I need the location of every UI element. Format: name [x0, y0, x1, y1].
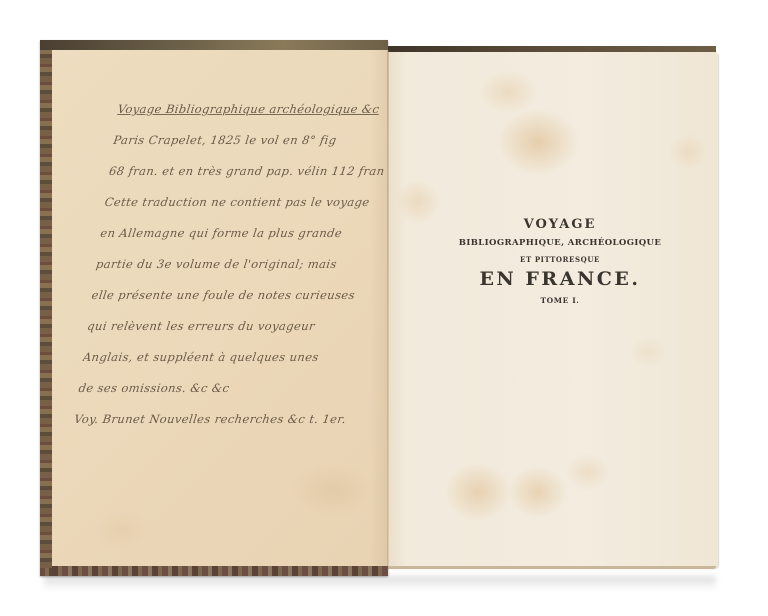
title-page: VOYAGE BIBLIOGRAPHIQUE, ARCHÉOLOGIQUE ET… — [388, 52, 718, 568]
book-shadow — [44, 576, 716, 590]
title-volume: TOME I. — [402, 296, 718, 305]
handwritten-line: Voy. Brunet Nouvelles recherches &c t. 1… — [72, 404, 366, 435]
book-gutter — [387, 50, 389, 570]
handwritten-line: Cette traduction ne contient pas le voya… — [103, 187, 397, 218]
handwritten-line: Paris Crapelet, 1825 le vol en 8° fig — [111, 125, 405, 156]
handwritten-line: de ses omissions. &c &c — [76, 373, 370, 404]
left-cover-bottom-edge — [52, 566, 388, 576]
title-pittoresque: ET PITTORESQUE — [402, 255, 718, 264]
left-cover-top-edge — [40, 40, 388, 50]
right-page-bottom-edge — [388, 566, 716, 569]
title-en-france: EN FRANCE. — [402, 268, 718, 290]
title-subtitle: BIBLIOGRAPHIQUE, ARCHÉOLOGIQUE — [402, 238, 718, 248]
handwritten-line: elle présente une foule de notes curieus… — [89, 280, 383, 311]
handwritten-line: 68 fran. et en très grand pap. vélin 112… — [107, 156, 401, 187]
handwritten-note: Voyage Bibliographique archéologique &c … — [72, 94, 410, 435]
handwritten-line: en Allemagne qui forme la plus grande — [98, 218, 392, 249]
title-block: VOYAGE BIBLIOGRAPHIQUE, ARCHÉOLOGIQUE ET… — [388, 217, 718, 305]
handwritten-line: qui relèvent les erreurs du voyageur — [85, 311, 379, 342]
left-flyleaf-page: Voyage Bibliographique archéologique &c … — [52, 50, 388, 568]
handwritten-line: Anglais, et suppléent à quelques unes — [81, 342, 375, 373]
title-voyage: VOYAGE — [402, 217, 718, 232]
handwritten-line: Voyage Bibliographique archéologique &c — [116, 94, 410, 125]
handwritten-line: partie du 3e volume de l'original; mais — [94, 249, 388, 280]
